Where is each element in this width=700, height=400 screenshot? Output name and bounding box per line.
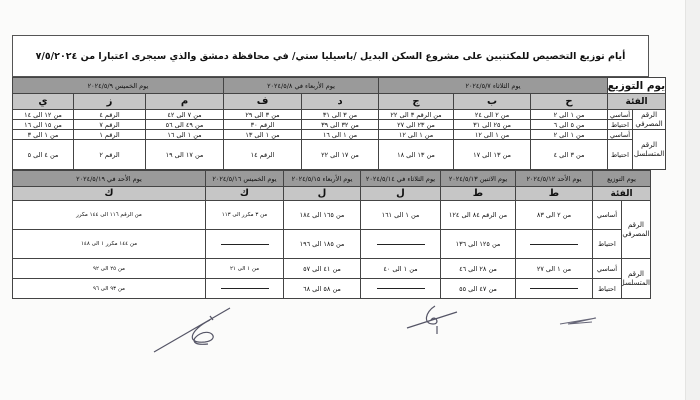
signature-2 bbox=[405, 300, 465, 340]
data-cell: من ١ الى ٢٧ bbox=[516, 259, 593, 279]
data-cell: من ١٨٥ الى ١٩٦ bbox=[284, 230, 361, 259]
data-cell: من الرقم ١١٦ الى ١٤٤ مكرر bbox=[13, 201, 206, 230]
category-cell: ط bbox=[441, 187, 516, 201]
data-cell: الرقم ١٤ bbox=[224, 140, 302, 170]
data-cell: من ٢٣ الى ٢٧ bbox=[379, 120, 454, 130]
data-cell: من ٤٩ الى ٥٦ bbox=[146, 120, 224, 130]
reserve-label: احتياط bbox=[608, 120, 633, 130]
data-cell: من ٢ الى ٨٣ bbox=[516, 201, 593, 230]
data-cell: من ٣ مكرر الى ١١٣ bbox=[206, 201, 284, 230]
category-cell: ح bbox=[531, 94, 608, 110]
data-cell: من ١ الى ١٢ bbox=[454, 130, 531, 140]
data-cell: من ٣ الى ٤ bbox=[531, 140, 608, 170]
data-cell: من ١٣ الى ١٨ bbox=[379, 140, 454, 170]
day-header: يوم الأحد في ٢٠٢٤/٥/١٩ bbox=[13, 171, 206, 187]
table-row: الرقم المصرفي أساسي من ١ الى ٢ من ٢ الى … bbox=[13, 110, 666, 120]
data-cell: من ١ الى ٣ bbox=[13, 130, 74, 140]
signature-3 bbox=[558, 312, 603, 332]
data-cell bbox=[361, 230, 441, 259]
day-header: يوم الخميس ٢٠٢٤/٥/٩ bbox=[13, 78, 224, 94]
table-row: احتياط من ١٢٥ الى ١٣٦ من ١٨٥ الى ١٩٦ من … bbox=[13, 230, 651, 259]
day-header: يوم الخميس ٢٠٢٤/٥/١٦ bbox=[206, 171, 284, 187]
data-cell: من ٢٥ الى ٣١ bbox=[454, 120, 531, 130]
serial-number-label: الرقم المتسلسل bbox=[622, 259, 651, 299]
table-row: احتياط من ٥ الى ٦ من ٢٥ الى ٣١ من ٢٣ الى… bbox=[13, 120, 666, 130]
day-header: يوم الأربعاء ٢٠٢٤/٥/١٥ bbox=[284, 171, 361, 187]
data-cell: من ١ الى ١٣ bbox=[224, 130, 302, 140]
empty-dash bbox=[530, 288, 578, 289]
data-cell: من ١٧ الى ٢٢ bbox=[302, 140, 379, 170]
day-header: يوم الاثنين ٢٠٢٤/٥/١٣ bbox=[441, 171, 516, 187]
data-cell: من ١٣ الى ١٧ bbox=[454, 140, 531, 170]
data-cell: من ٧ الى ٤٢ bbox=[146, 110, 224, 120]
serial-number-label: الرقم المتسلسل bbox=[633, 130, 666, 170]
day-header: يوم الأحد ٢٠٢٤/٥/١٢ bbox=[516, 171, 593, 187]
category-cell: ي bbox=[13, 94, 74, 110]
data-cell: من ٢٨ الى ٤٦ bbox=[441, 259, 516, 279]
bank-number-label: الرقم المصرفي bbox=[633, 110, 666, 130]
category-header: الفئة bbox=[608, 94, 666, 110]
data-cell: من ٤٧ الى ٥٥ bbox=[441, 279, 516, 299]
data-cell: من ١ الى ١٦ bbox=[302, 130, 379, 140]
category-header: الفئة bbox=[593, 187, 651, 201]
category-cell: ل bbox=[361, 187, 441, 201]
schedule-table-lower: يوم التوزيع يوم الأحد ٢٠٢٤/٥/١٢ يوم الاث… bbox=[12, 170, 651, 299]
data-cell bbox=[516, 279, 593, 299]
data-cell: الرقم ٤ bbox=[74, 110, 146, 120]
data-cell: من ٥٨ الى ٦٨ bbox=[284, 279, 361, 299]
data-cell: من ١٢٥ الى ١٣٦ bbox=[441, 230, 516, 259]
data-cell: من ١ الى ٢ bbox=[531, 130, 608, 140]
day-header: يوم الثلاثاء في ٢٠٢٤/٥/١٤ bbox=[361, 171, 441, 187]
data-cell: الرقم ١ bbox=[74, 130, 146, 140]
category-cell: ز bbox=[74, 94, 146, 110]
day-header: يوم الثلاثاء ٢٠٢٤/٥/٧ bbox=[379, 78, 608, 94]
table-row: احتياط من ٣ الى ٤ من ١٣ الى ١٧ من ١٣ الى… bbox=[13, 140, 666, 170]
data-cell: من ٥ الى ٦ bbox=[531, 120, 608, 130]
empty-dash bbox=[221, 288, 269, 289]
data-cell: الرقم ٢ bbox=[74, 140, 146, 170]
data-cell: من ٤ الى ٥ bbox=[13, 140, 74, 170]
category-cell: م bbox=[146, 94, 224, 110]
data-cell bbox=[206, 230, 284, 259]
empty-dash bbox=[530, 244, 578, 245]
data-cell: من ١ الى ١٦ bbox=[146, 130, 224, 140]
empty-dash bbox=[377, 288, 425, 289]
data-cell: من ١٥ الى ١٦ bbox=[13, 120, 74, 130]
category-cell: ل bbox=[284, 187, 361, 201]
data-cell bbox=[516, 230, 593, 259]
category-cell: ط bbox=[516, 187, 593, 201]
data-cell: من ١٦٥ الى ١٨٤ bbox=[284, 201, 361, 230]
signature-1 bbox=[150, 300, 260, 360]
data-cell: من ١ الى ١٦١ bbox=[361, 201, 441, 230]
data-cell: من ٣ الى ٣١ bbox=[302, 110, 379, 120]
schedule-table-upper: يوم التوزيع يوم الثلاثاء ٢٠٢٤/٥/٧ يوم ال… bbox=[12, 77, 666, 170]
data-cell: من ٣ الى ٢٩ bbox=[224, 110, 302, 120]
data-cell: من ١ الى ٤٠ bbox=[361, 259, 441, 279]
document-title: أيام توزيع التخصيص للمكتتبين على مشروع ا… bbox=[12, 35, 649, 77]
basic-label: أساسي bbox=[608, 110, 633, 120]
bank-number-label: الرقم المصرفي bbox=[622, 201, 651, 259]
data-cell: من الرقم ٨٤ الى ١٢٤ bbox=[441, 201, 516, 230]
data-cell: من ١ الى ٢١ bbox=[206, 259, 284, 279]
basic-label: أساسي bbox=[593, 259, 622, 279]
day-header: يوم الأربعاء في ٢٠٢٤/٥/٨ bbox=[224, 78, 379, 94]
data-cell: من ٩٣ الى ٩٦ bbox=[13, 279, 206, 299]
data-cell: من ١٤٤ مكرر ١ الى ١٤٨ bbox=[13, 230, 206, 259]
data-cell bbox=[206, 279, 284, 299]
table-row: الرقم المتسلسل أساسي من ١ الى ٢ من ١ الى… bbox=[13, 130, 666, 140]
category-cell: د bbox=[302, 94, 379, 110]
data-cell: الرقم ٣٠ bbox=[224, 120, 302, 130]
data-cell: من ١ الى ٢ bbox=[531, 110, 608, 120]
page-edge bbox=[685, 0, 700, 400]
empty-dash bbox=[377, 244, 425, 245]
table-row: الرقم المتسلسل أساسي من ١ الى ٢٧ من ٢٨ ا… bbox=[13, 259, 651, 279]
empty-dash bbox=[221, 244, 269, 245]
data-cell: من ٤١ الى ٥٧ bbox=[284, 259, 361, 279]
table-row: احتياط من ٤٧ الى ٥٥ من ٥٨ الى ٦٨ من ٩٣ ا… bbox=[13, 279, 651, 299]
table-row: الرقم المصرفي أساسي من ٢ الى ٨٣ من الرقم… bbox=[13, 201, 651, 230]
data-cell: من ٢ الى ٢٤ bbox=[454, 110, 531, 120]
basic-label: أساسي bbox=[608, 130, 633, 140]
title-text: أيام توزيع التخصيص للمكتتبين على مشروع ا… bbox=[36, 51, 626, 62]
distribution-day-header: يوم التوزيع bbox=[608, 78, 666, 94]
data-cell: من ١ الى ١٢ bbox=[379, 130, 454, 140]
reserve-label: احتياط bbox=[593, 230, 622, 259]
data-cell bbox=[361, 279, 441, 299]
basic-label: أساسي bbox=[593, 201, 622, 230]
category-cell: ج bbox=[379, 94, 454, 110]
data-cell: من ١٢ الى ١٤ bbox=[13, 110, 74, 120]
category-cell: ك bbox=[13, 187, 206, 201]
data-cell: الرقم ٧ bbox=[74, 120, 146, 130]
reserve-label: احتياط bbox=[593, 279, 622, 299]
data-cell: من ٣٢ الى ٣٩ bbox=[302, 120, 379, 130]
category-cell: ف bbox=[224, 94, 302, 110]
distribution-day-header: يوم التوزيع bbox=[593, 171, 651, 187]
category-cell: ب bbox=[454, 94, 531, 110]
data-cell: من ١٧ الى ١٩ bbox=[146, 140, 224, 170]
category-cell: ك bbox=[206, 187, 284, 201]
data-cell: من ٢٥ الى ٩٢ bbox=[13, 259, 206, 279]
reserve-label: احتياط bbox=[608, 140, 633, 170]
data-cell: من الرقم ٣ الى ٢٢ bbox=[379, 110, 454, 120]
